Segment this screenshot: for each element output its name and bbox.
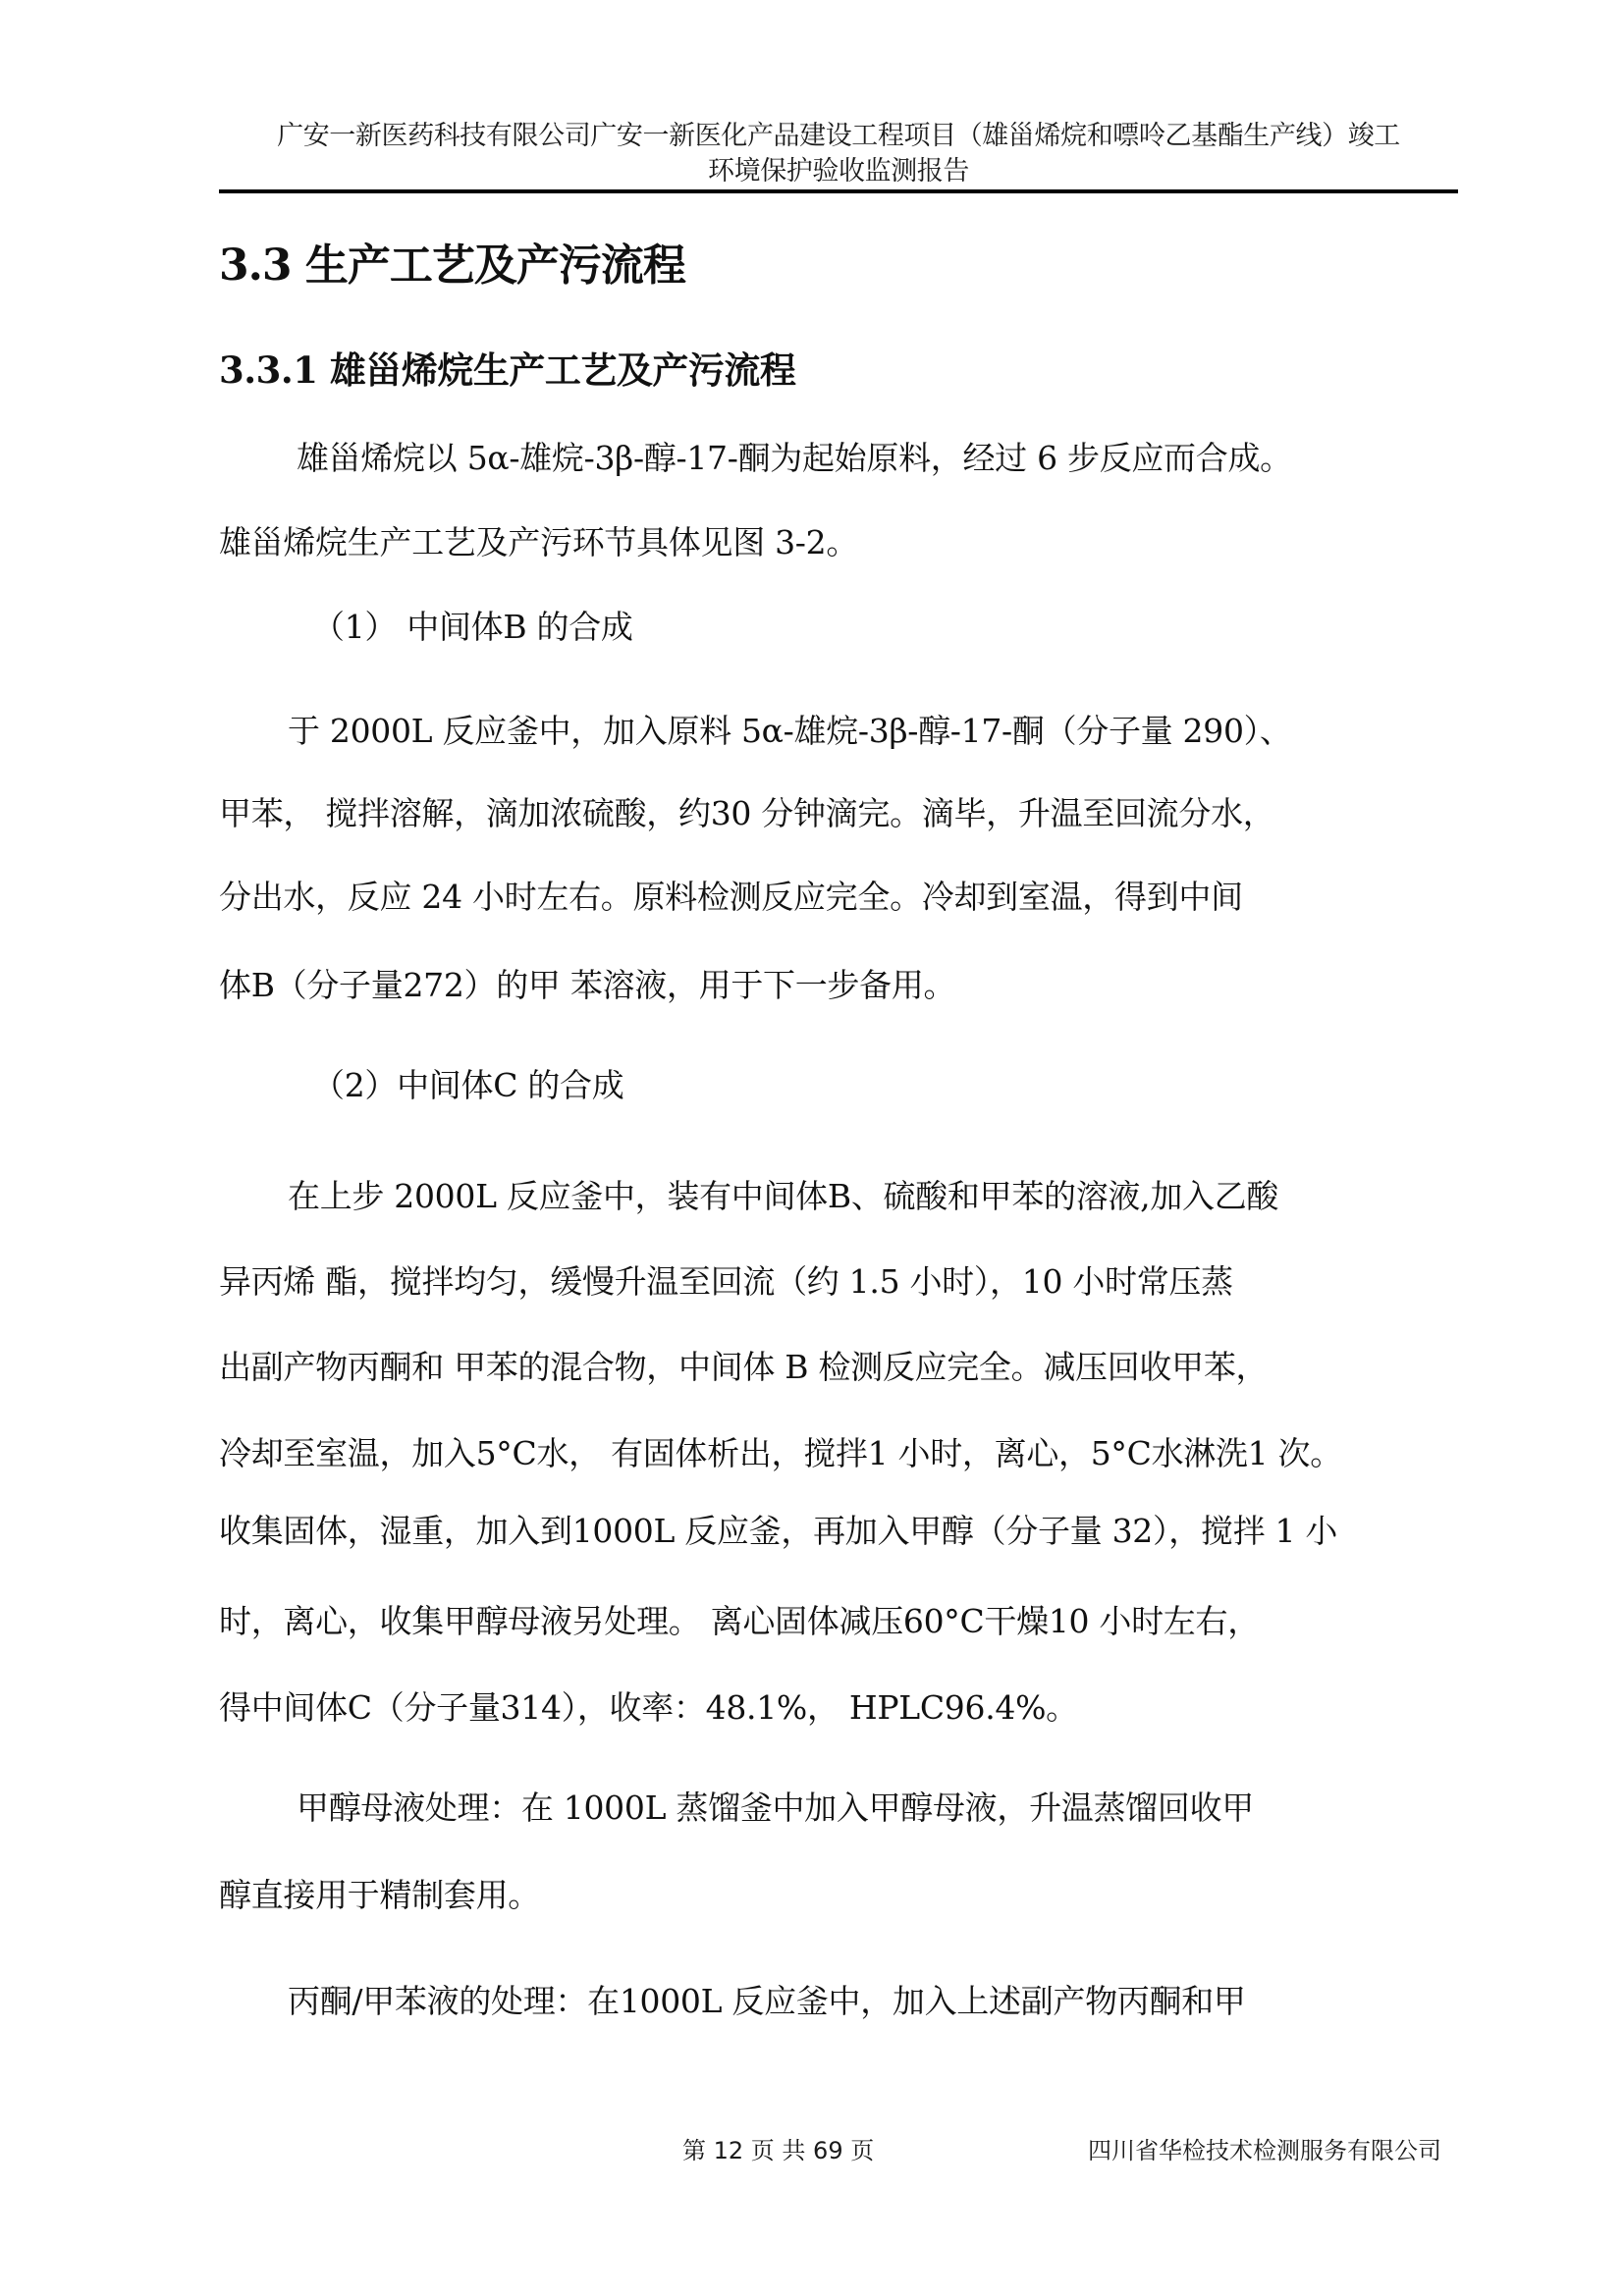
- body-line: 体B（分子量272）的甲 苯溶液，用于下一步备用。: [219, 965, 955, 1006]
- step-heading-1: （1） 中间体B 的合成: [312, 607, 633, 648]
- body-line: 丙酮/甲苯液的处理：在1000L 反应釜中，加入上述副产物丙酮和甲: [288, 1981, 1246, 2022]
- step-heading-2: （2）中间体C 的合成: [312, 1065, 623, 1106]
- body-line: 冷却至室温，加入5°C水， 有固体析出，搅拌1 小时，离心，5°C水淋洗1 次。: [219, 1433, 1342, 1474]
- page-number: 第 12 页 共 69 页: [682, 2136, 874, 2165]
- body-line: 得中间体C（分子量314），收率：48.1%， HPLC96.4%。: [219, 1687, 1078, 1729]
- header-divider: [219, 189, 1458, 193]
- body-line: 甲醇母液处理：在 1000L 蒸馏釜中加入甲醇母液，升温蒸馏回收甲: [297, 1788, 1254, 1829]
- body-line: 异丙烯 酯，搅拌均匀，缓慢升温至回流（约 1.5 小时），10 小时常压蒸: [219, 1261, 1233, 1303]
- section-title: 3.3 生产工艺及产污流程: [219, 240, 685, 292]
- running-header-line-2: 环境保护验收监测报告: [219, 155, 1458, 188]
- body-line: 醇直接用于精制套用。: [219, 1875, 540, 1916]
- running-header-line-1: 广安一新医药科技有限公司广安一新医化产品建设工程项目（雄甾烯烷和嘌呤乙基酯生产线…: [219, 120, 1458, 153]
- body-line: 收集固体，湿重，加入到1000L 反应釜，再加入甲醇（分子量 32），搅拌 1 …: [219, 1511, 1337, 1552]
- footer-company: 四川省华检技术检测服务有限公司: [1088, 2136, 1441, 2165]
- body-line: 甲苯， 搅拌溶解，滴加浓硫酸，约30 分钟滴完。滴毕，升温至回流分水，: [219, 793, 1274, 834]
- body-line: 时，离心，收集甲醇母液另处理。 离心固体减压60°C干燥10 小时左右，: [219, 1601, 1260, 1642]
- body-line: 分出水，反应 24 小时左右。原料检测反应完全。冷却到室温，得到中间: [219, 877, 1243, 918]
- body-line: 雄甾烯烷生产工艺及产污环节具体见图 3-2。: [219, 522, 858, 563]
- body-line: 于 2000L 反应釜中，加入原料 5α-雄烷-3β-醇-17-酮（分子量 29…: [288, 711, 1292, 752]
- body-line: 出副产物丙酮和 甲苯的混合物，中间体 B 检测反应完全。减压回收甲苯，: [219, 1347, 1268, 1388]
- body-line: 在上步 2000L 反应釜中，装有中间体B、硫酸和甲苯的溶液,加入乙酸: [288, 1176, 1278, 1217]
- subsection-title: 3.3.1 雄甾烯烷生产工艺及产污流程: [219, 347, 795, 393]
- body-line: 雄甾烯烷以 5α-雄烷-3β-醇-17-酮为起始原料，经过 6 步反应而合成。: [297, 438, 1292, 479]
